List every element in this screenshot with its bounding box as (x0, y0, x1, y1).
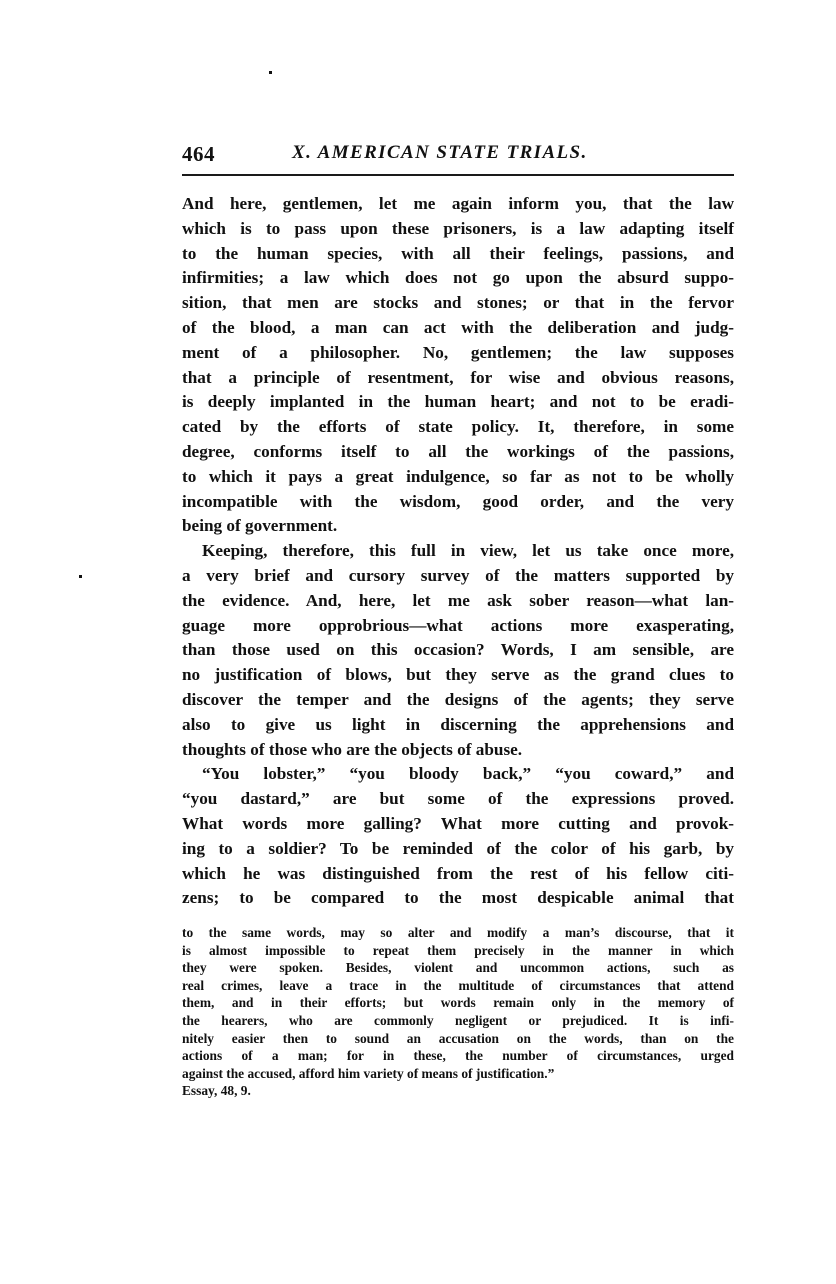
footnote-line: them, and in their efforts; but words re… (182, 994, 734, 1012)
footnote-line: nitely easier then to sound an accusatio… (182, 1030, 734, 1048)
text-line: to which it pays a great indulgence, so … (182, 465, 734, 490)
text-line: degree, conforms itself to all the worki… (182, 440, 734, 465)
text-line: guage more opprobrious—what actions more… (182, 614, 734, 639)
text-line: incompatible with the wisdom, good order… (182, 490, 734, 515)
text-line: which is to pass upon these prisoners, i… (182, 217, 734, 242)
text-line: being of government. (182, 514, 734, 539)
text-line: that a principle of resentment, for wise… (182, 366, 734, 391)
running-title: X. AMERICAN STATE TRIALS. (292, 142, 588, 164)
book-page: 464 X. AMERICAN STATE TRIALS. And here, … (182, 138, 734, 172)
header-rule (182, 174, 734, 176)
paragraph: And here, gentlemen, let me again inform… (182, 192, 734, 539)
footnote-line: real crimes, leave a trace in the multit… (182, 977, 734, 995)
text-line: “You lobster,” “you bloody back,” “you c… (182, 762, 734, 787)
text-line: Keeping, therefore, this full in view, l… (182, 539, 734, 564)
footnote-line: is almost impossible to repeat them prec… (182, 942, 734, 960)
paragraph: Keeping, therefore, this full in view, l… (182, 539, 734, 762)
text-line: What words more galling? What more cutti… (182, 812, 734, 837)
page-number: 464 (182, 142, 215, 167)
footnote-citation: Essay, 48, 9. (182, 1082, 734, 1100)
footnote-line: against the accused, afford him variety … (182, 1065, 734, 1083)
text-line: a very brief and cursory survey of the m… (182, 564, 734, 589)
text-line: And here, gentlemen, let me again inform… (182, 192, 734, 217)
footnote-line: to the same words, may so alter and modi… (182, 924, 734, 942)
text-line: thoughts of those who are the objects of… (182, 738, 734, 763)
text-line: “you dastard,” are but some of the expre… (182, 787, 734, 812)
text-line: is deeply implanted in the human heart; … (182, 390, 734, 415)
text-line: to the human species, with all their fee… (182, 242, 734, 267)
text-line: discover the temper and the designs of t… (182, 688, 734, 713)
text-line: also to give us light in discerning the … (182, 713, 734, 738)
footnote-line: actions of a man; for in these, the numb… (182, 1047, 734, 1065)
text-line: than those used on this occasion? Words,… (182, 638, 734, 663)
scan-speck-left (79, 575, 82, 578)
text-line: sition, that men are stocks and stones; … (182, 291, 734, 316)
text-line: cated by the efforts of state policy. It… (182, 415, 734, 440)
scan-speck-top (269, 71, 272, 74)
text-line: infirmities; a law which does not go upo… (182, 266, 734, 291)
text-line: no justification of blows, but they serv… (182, 663, 734, 688)
paragraph: “You lobster,” “you bloody back,” “you c… (182, 762, 734, 911)
text-line: ing to a soldier? To be reminded of the … (182, 837, 734, 862)
footnote: to the same words, may so alter and modi… (182, 924, 734, 1100)
text-line: the evidence. And, here, let me ask sobe… (182, 589, 734, 614)
footnote-line: the hearers, who are commonly negligent … (182, 1012, 734, 1030)
running-head: 464 X. AMERICAN STATE TRIALS. (182, 138, 734, 172)
text-line: zens; to be compared to the most despica… (182, 886, 734, 911)
text-line: of the blood, a man can act with the del… (182, 316, 734, 341)
footnote-line: they were spoken. Besides, violent and u… (182, 959, 734, 977)
text-line: ment of a philosopher. No, gentlemen; th… (182, 341, 734, 366)
text-line: which he was distinguished from the rest… (182, 862, 734, 887)
body-text: And here, gentlemen, let me again inform… (182, 192, 734, 911)
